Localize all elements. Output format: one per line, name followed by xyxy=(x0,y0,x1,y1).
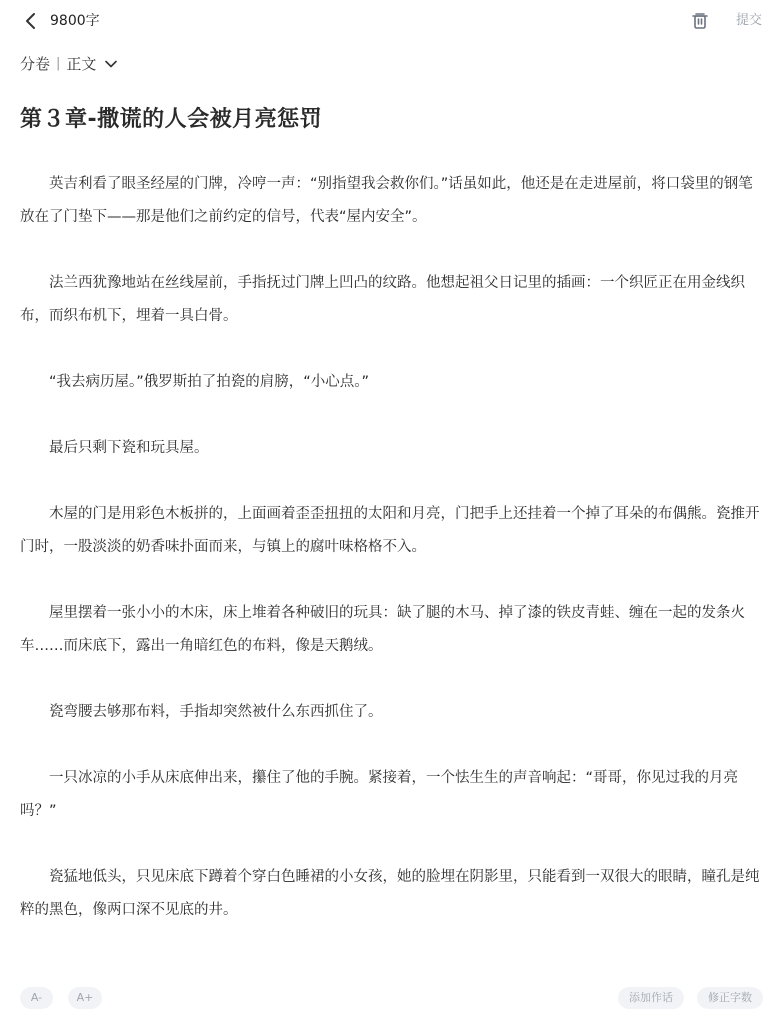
font-increase-button[interactable]: A+ xyxy=(68,987,102,1009)
chapter-title[interactable]: 第３章-撒谎的人会被月亮惩罚 xyxy=(20,104,322,136)
paragraph: 木屋的门是用彩色木板拼的，上面画着歪歪扭扭的太阳和月亮，门把手上还挂着一个掉了耳… xyxy=(20,498,764,564)
paragraph: 英吉利看了眼圣经屋的门牌，冷哼一声：“别指望我会救你们。”话虽如此，他还是在走进… xyxy=(20,168,764,234)
add-author-note-button[interactable]: 添加作话 xyxy=(618,987,684,1009)
paragraph: 法兰西犹豫地站在丝线屋前，手指抚过门牌上凹凸的纹路。他想起祖父日记里的插画：一个… xyxy=(20,267,764,333)
trash-icon[interactable] xyxy=(690,11,710,31)
top-bar: 9800字 提交 xyxy=(0,0,782,44)
paragraph: “我去病历屋。”俄罗斯拍了拍瓷的肩膀，“小心点。” xyxy=(20,366,764,399)
paragraph: 最后只剩下瓷和玩具屋。 xyxy=(20,432,764,465)
chevron-down-icon xyxy=(104,57,118,71)
word-count: 9800字 xyxy=(50,11,100,31)
chapter-body[interactable]: 英吉利看了眼圣经屋的门牌，冷哼一声：“别指望我会救你们。”话虽如此，他还是在走进… xyxy=(20,168,764,960)
volume-label: 分卷 xyxy=(20,53,50,75)
paragraph: 瓷弯腰去够那布料，手指却突然被什么东西抓住了。 xyxy=(20,696,764,729)
submit-button[interactable]: 提交 xyxy=(736,11,762,31)
paragraph: 一只冰凉的小手从床底伸出来，攥住了他的手腕。紧接着，一个怯生生的声音响起：“哥哥… xyxy=(20,762,764,828)
volume-separator: | xyxy=(56,53,60,75)
section-label: 正文 xyxy=(66,53,96,75)
font-decrease-button[interactable]: A- xyxy=(20,987,53,1009)
fix-word-count-button[interactable]: 修正字数 xyxy=(697,987,763,1009)
paragraph: 屋里摆着一张小小的木床，床上堆着各种破旧的玩具：缺了腿的木马、掉了漆的铁皮青蛙、… xyxy=(20,597,764,663)
back-chevron-icon[interactable] xyxy=(20,10,42,32)
volume-selector[interactable]: 分卷 | 正文 xyxy=(20,53,118,75)
paragraph: 瓷猛地低头，只见床底下蹲着个穿白色睡裙的小女孩，她的脸埋在阴影里，只能看到一双很… xyxy=(20,861,764,927)
